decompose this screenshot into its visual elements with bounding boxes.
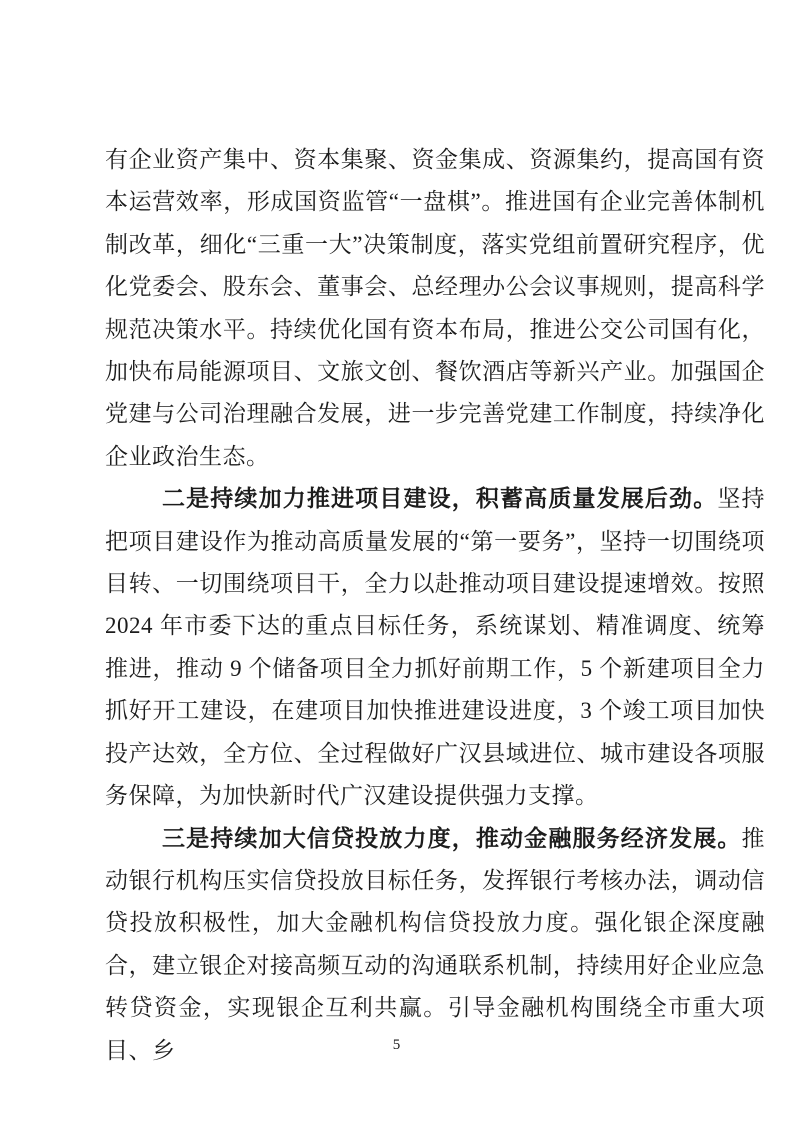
document-body: 有企业资产集中、资本集聚、资金集成、资源集约，提高国有资本运营效率，形成国资监管… (105, 139, 765, 1072)
paragraph: 三是持续加大信贷投放力度，推动金融服务经济发展。推动银行机构压实信贷投放目标任务… (105, 818, 765, 1072)
paragraph-text: 有企业资产集中、资本集聚、资金集成、资源集约，提高国有资本运营效率，形成国资监管… (105, 147, 765, 469)
paragraph: 二是持续加力推进项目建设，积蓄高质量发展后劲。坚持把项目建设作为推动高质量发展的… (105, 478, 765, 817)
page-number: 5 (0, 1035, 793, 1055)
paragraph-heading: 三是持续加大信贷投放力度，推动金融服务经济发展。 (162, 826, 742, 851)
document-page: 有企业资产集中、资本集聚、资金集成、资源集约，提高国有资本运营效率，形成国资监管… (0, 0, 793, 1122)
paragraph: 有企业资产集中、资本集聚、资金集成、资源集约，提高国有资本运营效率，形成国资监管… (105, 139, 765, 478)
paragraph-text: 坚持把项目建设作为推动高质量发展的“第一要务”，坚持一切围绕项目转、一切围绕项目… (105, 486, 765, 808)
paragraph-text: 推动银行机构压实信贷投放目标任务，发挥银行考核办法，调动信贷投放积极性，加大金融… (105, 826, 765, 1063)
paragraph-heading: 二是持续加力推进项目建设，积蓄高质量发展后劲。 (162, 486, 717, 511)
